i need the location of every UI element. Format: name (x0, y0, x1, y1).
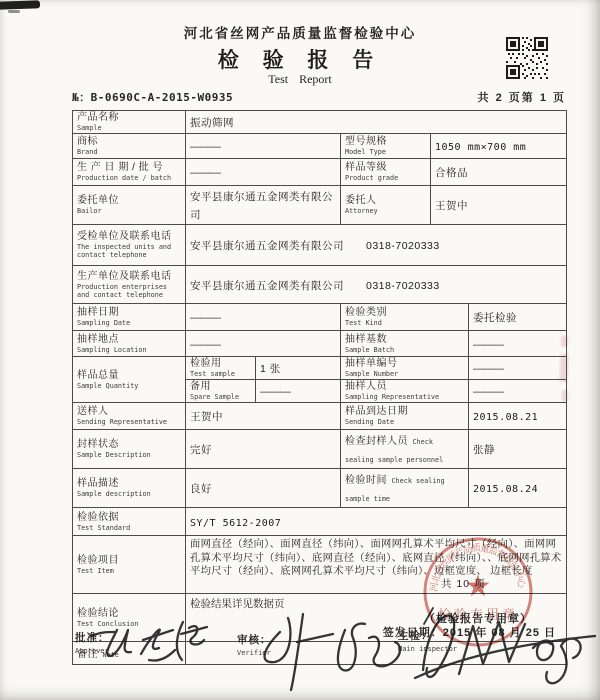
field-test-sample-value: 1 张 (256, 357, 341, 380)
field-standard-label: 检验依据Test Standard (73, 508, 186, 536)
inspector-label: 主检： (398, 628, 518, 643)
qr-code-icon (505, 37, 549, 79)
field-check-personnel-label: 检查封样人员 Check sealing sample personnel (341, 430, 469, 469)
field-test-kind-label: 检验类别Test Kind (341, 304, 469, 331)
field-sending-rep-label: 送样人Sending Representative (73, 403, 186, 430)
test-item-count: 共 10 项 (441, 576, 486, 591)
field-sampling-rep-value: ——— (469, 380, 567, 403)
field-producer-value: 安平县康尔通五金网类有限公司 0318-7020333 (186, 266, 567, 304)
scanned-test-report-page: 河北省丝网产品质量监督检验中心 检 验 报 告 Test Report №：B-… (0, 0, 600, 700)
scan-artifact-smudge (0, 0, 40, 10)
verifier-label: 审核： (237, 632, 357, 647)
field-brand-value: ——— (186, 134, 341, 159)
field-seal-state-label: 封样状态Sample Description (73, 430, 186, 469)
report-number-line: №：B-0690C-A-2015-W0935 共 2 页第 1 页 (72, 89, 566, 105)
field-sampling-location-label: 抽样地点Sampling Location (73, 331, 186, 357)
test-item-list: 面网直径（经向）、面网直径（纬向）、面网网孔算术平均尺寸（经向）、面网网孔算术平… (190, 538, 562, 579)
field-bailor-value: 安平县康尔通五金网类有限公司 (186, 186, 341, 225)
field-inspected-units-label: 受检单位及联系电话The inspected units and contact… (73, 225, 186, 266)
field-test-kind-value: 委托检验 (469, 304, 567, 331)
inspector-signature-block: 主检： Main inspector (398, 628, 518, 653)
field-production-date-value: ——— (186, 159, 341, 186)
field-test-item-value: 面网直径（经向）、面网直径（纬向）、面网网孔算术平均尺寸（经向）、面网网孔算术平… (186, 536, 567, 594)
field-sample-label: 产品名称Sample (73, 111, 186, 134)
field-sample-batch-value: ——— (469, 331, 567, 357)
field-test-item-label: 检验项目Test Item (73, 536, 186, 594)
field-sampling-date-value: ——— (186, 304, 341, 331)
field-model-label: 型号规格Model Type (341, 134, 431, 159)
field-sampling-location-value: ——— (186, 331, 341, 357)
field-grade-label: 样品等级Product grade (341, 159, 431, 186)
field-sample-number-label: 抽样单编号Sample Number (341, 357, 469, 380)
field-sending-rep-value: 王贺中 (186, 403, 341, 430)
approver-label-en: Approver (75, 647, 195, 655)
conclusion-text: 检验结果详见数据页 (190, 595, 562, 611)
approver-signature-block: 批准： Approver (75, 630, 195, 655)
field-bailor-label: 委托单位Bailor (73, 186, 186, 225)
verifier-signature-block: 审核： Verifier (237, 632, 357, 657)
field-sending-date-label: 样品到达日期Sending Date (341, 403, 469, 430)
field-producer-label: 生产单位及联系电话Production enterprises and cont… (73, 266, 186, 304)
field-test-sample-label: 检验用Test sample (186, 357, 256, 380)
field-sampling-rep-label: 抽样人员Sampling Representative (341, 380, 469, 403)
field-check-personnel-value: 张静 (469, 430, 567, 469)
field-sample-batch-label: 抽样基数Sample Batch (341, 331, 469, 357)
field-inspected-units-value: 安平县康尔通五金网类有限公司 0318-7020333 (186, 225, 567, 266)
field-brand-label: 商标Brand (73, 134, 186, 159)
field-model-value: 1050 mm×700 mm (431, 134, 567, 159)
field-seal-state-value: 完好 (186, 430, 341, 469)
field-sample-quantity-label: 样品总量Sample Quantity (73, 357, 186, 403)
field-spare-sample-value: ——— (256, 380, 341, 403)
field-check-time-label: 检验时间 Check sealing sample time (341, 469, 469, 508)
field-sample-desc-value: 良好 (186, 469, 341, 508)
field-standard-value: SY/T 5612-2007 (186, 508, 567, 536)
report-number: №：B-0690C-A-2015-W0935 (72, 89, 233, 105)
field-production-date-label: 生 产 日 期 / 批 号Production date / batch (73, 159, 186, 186)
report-table: 产品名称Sample 振动筛网 商标Brand ——— 型号规格Model Ty… (72, 110, 567, 665)
field-sample-desc-label: 样品描述Sample description (73, 469, 186, 508)
approver-label: 批准： (75, 630, 195, 645)
verifier-label-en: Verifier (237, 649, 357, 657)
field-grade-value: 合格品 (431, 159, 567, 186)
field-check-time-value: 2015.08.24 (469, 469, 567, 508)
pagination: 共 2 页第 1 页 (478, 89, 566, 105)
field-sample-value: 振动筛网 (186, 111, 567, 134)
scan-artifact-smudge (8, 10, 20, 13)
field-attorney-value: 王贺中 (431, 186, 567, 225)
field-attorney-label: 委托人Attorney (341, 186, 431, 225)
field-sampling-date-label: 抽样日期Sampling Date (73, 304, 186, 331)
inspector-label-en: Main inspector (398, 645, 518, 653)
field-sending-date-value: 2015.08.21 (469, 403, 567, 430)
field-spare-sample-label: 备用Spare Sample (186, 380, 256, 403)
field-sample-number-value: ——— (469, 357, 567, 380)
